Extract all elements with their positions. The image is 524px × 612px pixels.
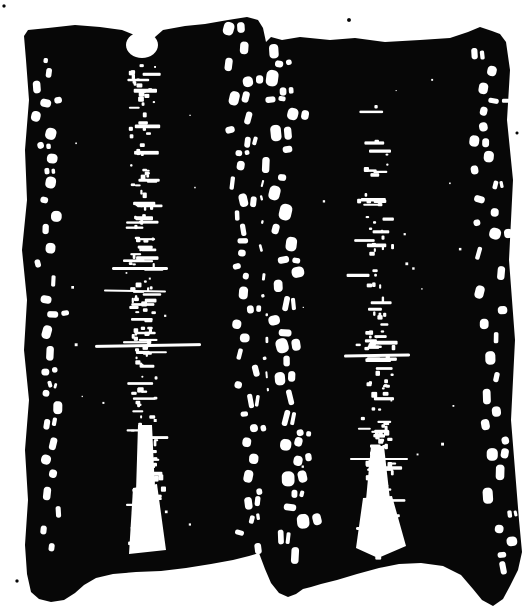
band-speck bbox=[356, 344, 361, 347]
band-speck bbox=[135, 295, 137, 298]
band-speck bbox=[357, 199, 361, 204]
stray-speck bbox=[421, 288, 422, 289]
band-speck bbox=[134, 225, 137, 229]
band-speck bbox=[367, 284, 372, 288]
band-speck bbox=[127, 382, 153, 385]
band-speck bbox=[391, 374, 394, 377]
band-speck bbox=[378, 203, 383, 206]
band-speck bbox=[143, 73, 161, 76]
band-speck bbox=[140, 190, 142, 195]
stray-speck bbox=[135, 506, 137, 508]
band-speck bbox=[139, 221, 159, 224]
band-speck bbox=[134, 81, 137, 86]
band-speck bbox=[391, 463, 397, 465]
stitch-blob bbox=[42, 224, 49, 234]
stitch-blob bbox=[494, 332, 499, 343]
band-speck bbox=[140, 415, 142, 418]
band-speck bbox=[141, 327, 145, 330]
band-speck bbox=[380, 323, 388, 326]
band-speck bbox=[142, 351, 147, 353]
stitch-blob bbox=[284, 126, 293, 140]
band-speck bbox=[146, 132, 151, 135]
stitch-blob bbox=[52, 367, 58, 373]
stray-speck bbox=[404, 233, 406, 235]
band-speck bbox=[142, 169, 147, 172]
band-speck bbox=[129, 127, 133, 131]
band-speck bbox=[381, 230, 384, 233]
band-speck bbox=[136, 78, 139, 80]
band-speck bbox=[150, 286, 153, 289]
band-speck bbox=[135, 184, 141, 186]
band-speck bbox=[139, 339, 158, 341]
band-speck bbox=[379, 284, 381, 289]
band-speck bbox=[134, 337, 138, 341]
band-speck bbox=[374, 105, 377, 109]
band-speck bbox=[140, 64, 144, 67]
stitch-blob bbox=[256, 75, 263, 83]
band-speck bbox=[384, 384, 388, 387]
band-speck bbox=[363, 204, 379, 206]
stray-speck bbox=[154, 419, 157, 422]
band-speck bbox=[132, 263, 136, 265]
stray-speck bbox=[164, 315, 166, 317]
band-speck bbox=[136, 153, 140, 155]
stitch-blob bbox=[278, 530, 284, 545]
stitch-blob bbox=[273, 279, 282, 292]
band-speck bbox=[153, 263, 155, 268]
band-speck bbox=[382, 387, 385, 389]
band-speck bbox=[392, 345, 396, 350]
band-speck bbox=[153, 101, 155, 103]
band-speck bbox=[140, 364, 144, 367]
stray-speck bbox=[189, 523, 191, 525]
stitch-blob bbox=[269, 44, 279, 59]
band-speck bbox=[140, 143, 145, 147]
stitch-blob bbox=[45, 243, 56, 254]
band-speck bbox=[376, 367, 393, 370]
band-speck bbox=[143, 112, 147, 117]
band-speck bbox=[385, 357, 389, 362]
stitch-blob bbox=[238, 250, 246, 257]
stitch-blob bbox=[291, 547, 299, 564]
band-speck bbox=[382, 297, 384, 303]
stitch-blob bbox=[471, 48, 478, 60]
band-speck bbox=[159, 474, 164, 480]
stitch-blob bbox=[502, 99, 509, 103]
band-speck bbox=[136, 283, 142, 288]
stitch-blob bbox=[235, 210, 240, 220]
margin-speck bbox=[516, 132, 519, 135]
stray-speck bbox=[131, 184, 133, 186]
band-speck bbox=[151, 311, 156, 314]
stitch-blob bbox=[237, 238, 248, 243]
band-speck bbox=[139, 92, 145, 97]
stitch-blob bbox=[283, 356, 290, 367]
stitch-blob bbox=[265, 313, 268, 316]
band-speck bbox=[148, 88, 152, 92]
band-speck bbox=[381, 424, 385, 428]
band-speck bbox=[143, 239, 148, 243]
band-speck bbox=[135, 311, 139, 313]
band-speck bbox=[369, 343, 373, 347]
band-speck bbox=[365, 331, 370, 335]
band-speck bbox=[386, 154, 389, 156]
band-speck bbox=[149, 415, 155, 419]
band-speck bbox=[138, 121, 148, 124]
band-speck bbox=[379, 313, 382, 318]
band-speck bbox=[354, 239, 375, 242]
band-speck bbox=[135, 360, 140, 364]
stitch-blob bbox=[278, 174, 287, 181]
band-speck bbox=[133, 202, 155, 205]
band-speck bbox=[373, 311, 375, 316]
band-speck bbox=[131, 429, 136, 431]
band-speck bbox=[153, 463, 157, 467]
stitch-blob bbox=[46, 143, 51, 149]
band-speck bbox=[146, 172, 150, 175]
band-speck bbox=[130, 134, 134, 138]
stitch-blob bbox=[262, 157, 270, 173]
stray-speck bbox=[302, 466, 304, 468]
band-speck bbox=[129, 107, 140, 109]
band-speck bbox=[391, 244, 394, 249]
band-speck bbox=[135, 331, 138, 336]
stitch-blob bbox=[497, 266, 506, 280]
stitch-blob bbox=[256, 305, 261, 312]
stitch-blob bbox=[482, 138, 489, 147]
stitch-blob bbox=[496, 464, 505, 480]
band-speck bbox=[371, 431, 387, 433]
band-speck bbox=[371, 392, 377, 398]
top-notch-blob bbox=[126, 32, 158, 58]
band-speck bbox=[387, 438, 392, 441]
stray-speck bbox=[71, 286, 74, 289]
stray-speck bbox=[431, 79, 433, 81]
band-speck bbox=[141, 249, 156, 252]
stitch-blob bbox=[240, 333, 250, 342]
band-speck bbox=[372, 282, 376, 287]
stray-speck bbox=[102, 402, 104, 404]
band-speck bbox=[373, 358, 397, 361]
stray-speck bbox=[165, 511, 168, 514]
stitch-blob bbox=[238, 286, 248, 299]
stray-speck bbox=[449, 183, 451, 185]
stitch-blob bbox=[51, 211, 62, 222]
band-speck bbox=[374, 335, 386, 338]
stray-speck bbox=[194, 187, 196, 189]
band-speck bbox=[372, 407, 376, 410]
band-speck bbox=[374, 200, 387, 203]
stitch-blob bbox=[46, 346, 54, 361]
band-speck bbox=[382, 236, 385, 240]
band-speck bbox=[123, 341, 148, 343]
stitch-blob bbox=[240, 41, 249, 54]
stray-speck bbox=[154, 66, 156, 68]
stray-speck bbox=[75, 143, 77, 145]
band-speck bbox=[375, 140, 380, 144]
band-speck bbox=[386, 164, 388, 166]
band-speck bbox=[143, 308, 148, 312]
band-speck bbox=[378, 408, 381, 410]
band-speck bbox=[378, 439, 383, 444]
band-speck bbox=[137, 404, 140, 407]
band-speck bbox=[150, 318, 152, 320]
band-speck bbox=[376, 371, 381, 376]
band-speck bbox=[141, 301, 147, 306]
band-speck bbox=[384, 379, 388, 383]
band-speck bbox=[143, 128, 146, 131]
band-speck bbox=[149, 329, 152, 334]
band-speck bbox=[131, 70, 135, 74]
band-speck bbox=[136, 256, 158, 260]
band-speck bbox=[143, 193, 147, 199]
stray-speck bbox=[75, 343, 78, 346]
band-speck bbox=[131, 392, 137, 395]
stitch-blob bbox=[498, 306, 508, 314]
stitch-blob bbox=[51, 275, 56, 286]
band-speck bbox=[141, 376, 143, 378]
band-speck bbox=[152, 238, 155, 241]
band-speck bbox=[391, 470, 394, 475]
band-speck bbox=[144, 94, 149, 98]
stitch-blob bbox=[291, 490, 297, 498]
band-speck bbox=[128, 260, 153, 262]
stitch-blob bbox=[53, 401, 62, 414]
stray-speck bbox=[323, 200, 325, 202]
stitch-blob bbox=[480, 319, 489, 329]
stray-speck bbox=[383, 467, 384, 468]
band-speck bbox=[155, 376, 158, 379]
band-speck bbox=[372, 243, 376, 246]
band-speck bbox=[154, 439, 158, 441]
band-speck bbox=[130, 164, 132, 167]
stray-speck bbox=[303, 307, 304, 308]
band-speck bbox=[369, 336, 372, 339]
stitch-blob bbox=[485, 351, 495, 365]
band-speck bbox=[358, 428, 371, 430]
stray-speck bbox=[391, 400, 393, 402]
stitch-blob bbox=[41, 369, 49, 376]
band-speck bbox=[370, 173, 379, 177]
stray-speck bbox=[82, 396, 83, 397]
band-speck bbox=[371, 301, 392, 304]
band-speck bbox=[373, 341, 397, 345]
band-speck bbox=[138, 97, 144, 102]
band-speck bbox=[130, 253, 141, 255]
stitch-blob bbox=[289, 87, 294, 94]
band-speck bbox=[153, 457, 157, 460]
band-speck bbox=[364, 141, 384, 144]
band-speck bbox=[372, 269, 377, 272]
band-speck bbox=[137, 83, 143, 87]
stitch-blob bbox=[282, 471, 295, 486]
margin-speck bbox=[347, 18, 351, 22]
stitch-blob bbox=[491, 208, 499, 217]
stitch-blob bbox=[270, 124, 282, 141]
band-speck bbox=[142, 102, 145, 106]
band-speck bbox=[147, 327, 153, 330]
stitch-blob bbox=[288, 371, 296, 382]
band-speck bbox=[381, 330, 385, 332]
band-speck bbox=[347, 274, 370, 277]
band-speck bbox=[129, 306, 138, 309]
band-speck bbox=[135, 125, 160, 129]
band-speck bbox=[383, 218, 394, 221]
band-speck bbox=[133, 255, 136, 259]
band-speck bbox=[383, 392, 389, 396]
stray-speck bbox=[441, 443, 444, 446]
band-speck bbox=[137, 388, 141, 393]
band-speck bbox=[129, 262, 133, 265]
band-speck bbox=[366, 216, 370, 218]
band-speck bbox=[359, 111, 383, 114]
band-speck bbox=[379, 434, 385, 437]
stray-speck bbox=[405, 262, 408, 265]
band-speck bbox=[385, 444, 388, 450]
band-speck bbox=[374, 274, 377, 277]
stitch-blob bbox=[483, 389, 491, 405]
stitch-blob bbox=[40, 525, 47, 534]
band-speck bbox=[369, 252, 375, 256]
stitch-blob bbox=[47, 311, 58, 318]
band-speck bbox=[154, 397, 158, 400]
margin-speck bbox=[15, 579, 18, 582]
stray-speck bbox=[189, 115, 190, 116]
band-speck bbox=[132, 298, 134, 303]
band-speck bbox=[365, 193, 368, 197]
band-speck bbox=[368, 308, 382, 311]
stitch-blob bbox=[44, 168, 50, 175]
stitch-blob bbox=[296, 513, 310, 529]
subject-silhouette bbox=[22, 17, 522, 606]
stitch-blob bbox=[487, 448, 498, 461]
band-speck bbox=[138, 179, 159, 182]
stitch-blob bbox=[247, 305, 255, 314]
band-speck bbox=[369, 381, 372, 385]
scratch-mark bbox=[112, 267, 168, 270]
stitch-blob bbox=[55, 506, 61, 518]
stitch-blob bbox=[280, 87, 287, 95]
band-speck bbox=[141, 154, 144, 156]
stray-speck bbox=[412, 267, 414, 269]
band-speck bbox=[369, 228, 372, 231]
band-speck bbox=[144, 280, 147, 282]
stitch-blob bbox=[249, 453, 259, 464]
stray-speck bbox=[126, 272, 128, 274]
band-speck bbox=[367, 199, 372, 203]
scratch-mark bbox=[350, 458, 408, 460]
photograph bbox=[0, 0, 524, 612]
band-speck bbox=[134, 216, 137, 220]
scratch-mark bbox=[356, 527, 388, 530]
stray-speck bbox=[459, 248, 462, 251]
band-speck bbox=[154, 476, 159, 482]
band-speck bbox=[161, 487, 166, 492]
stitch-blob bbox=[51, 169, 55, 174]
stitch-blob bbox=[237, 22, 245, 33]
band-speck bbox=[374, 248, 376, 252]
stitch-blob bbox=[240, 411, 248, 417]
band-speck bbox=[143, 293, 162, 296]
band-speck bbox=[382, 245, 384, 251]
band-speck bbox=[373, 221, 376, 224]
stray-speck bbox=[417, 454, 419, 456]
band-speck bbox=[135, 237, 140, 239]
stitch-blob bbox=[265, 337, 268, 343]
stray-speck bbox=[453, 405, 455, 407]
band-speck bbox=[373, 171, 387, 173]
band-speck bbox=[361, 417, 365, 420]
stray-speck bbox=[396, 90, 397, 91]
band-speck bbox=[142, 214, 146, 217]
stitch-blob bbox=[274, 372, 285, 386]
stitch-blob bbox=[482, 487, 493, 504]
band-speck bbox=[383, 313, 386, 317]
band-speck bbox=[132, 410, 143, 412]
photo-canvas bbox=[0, 0, 524, 612]
stray-speck bbox=[149, 278, 151, 280]
margin-speck bbox=[2, 4, 5, 7]
band-speck bbox=[133, 397, 156, 400]
stitch-blob bbox=[497, 552, 506, 558]
band-speck bbox=[146, 174, 149, 177]
band-speck bbox=[136, 357, 138, 360]
stitch-blob bbox=[33, 80, 42, 93]
stitch-blob bbox=[278, 329, 291, 337]
band-speck bbox=[369, 150, 391, 153]
hotspot-left-hotspot-tail bbox=[136, 425, 155, 492]
